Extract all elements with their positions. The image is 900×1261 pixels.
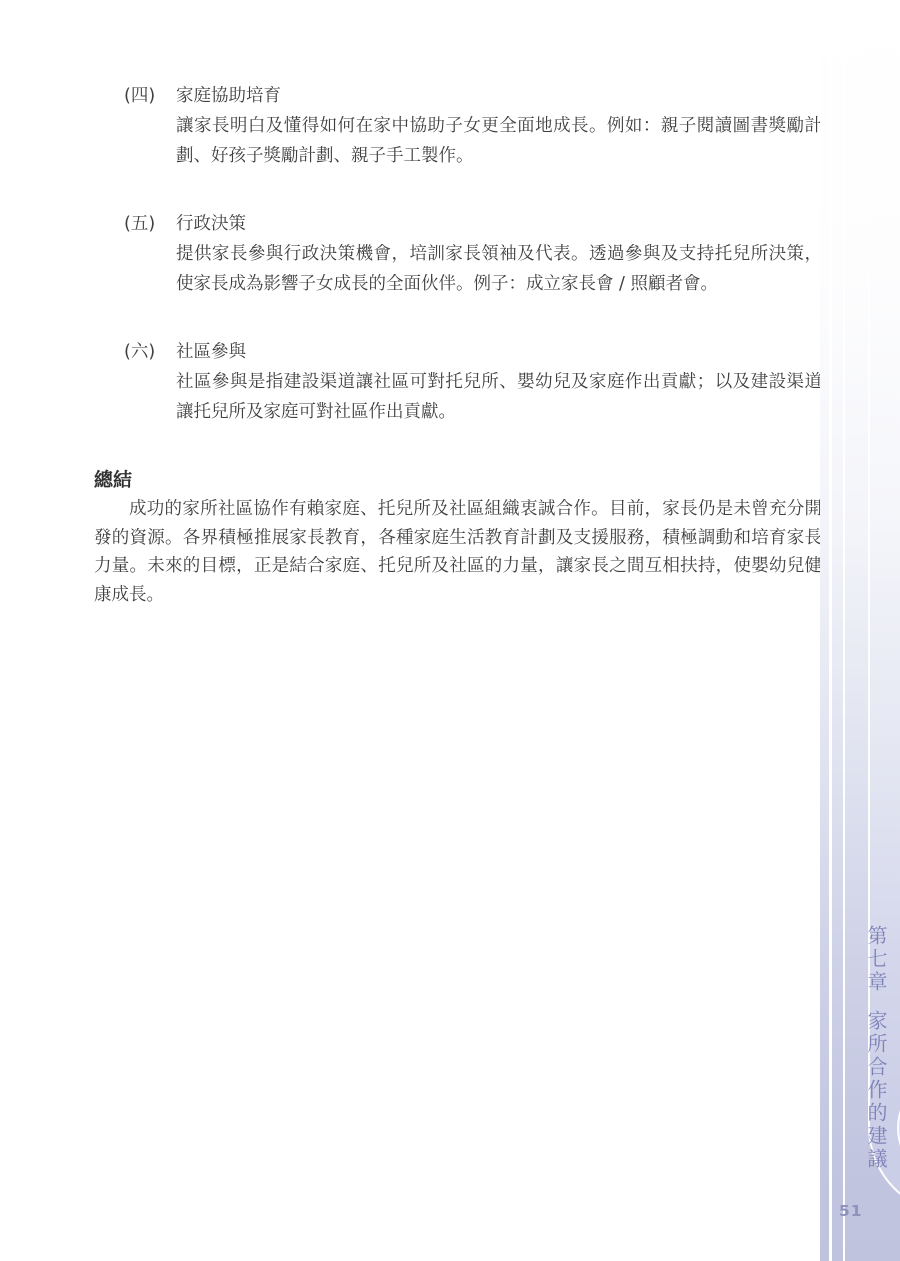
section-main: 行政決策 提供家長參與行政決策機會，培訓家長領袖及代表。透過參與及支持托兒所決策… [176, 209, 822, 299]
chapter-vertical-title: 第七章家所合作的建議 [862, 925, 891, 1171]
sidebar-stripe-mid [832, 0, 843, 1261]
section-admin-decision: (五) 行政決策 提供家長參與行政決策機會，培訓家長領袖及代表。透過參與及支持托… [124, 209, 822, 299]
section-main: 家庭協助培育 讓家長明白及懂得如何在家中協助子女更全面地成長。例如：親子閱讀圖書… [176, 81, 822, 171]
section-family-support: (四) 家庭協助培育 讓家長明白及懂得如何在家中協助子女更全面地成長。例如：親子… [124, 81, 822, 171]
section-main: 社區參與 社區參與是指建設渠道讓社區可對托兒所、嬰幼兒及家庭作出貢獻；以及建設渠… [176, 337, 822, 427]
chapter-title: 家所合作的建議 [864, 1010, 888, 1171]
section-title: 行政決策 [176, 209, 822, 239]
section-title: 社區參與 [176, 337, 822, 367]
section-label: (六) [124, 337, 176, 427]
page-content: (四) 家庭協助培育 讓家長明白及懂得如何在家中協助子女更全面地成長。例如：親子… [0, 0, 822, 609]
summary-heading: 總結 [94, 465, 822, 495]
chapter-number: 第七章 [864, 925, 888, 994]
section-body: 社區參與是指建設渠道讓社區可對托兒所、嬰幼兒及家庭作出貢獻；以及建設渠道讓托兒所… [176, 367, 822, 427]
section-body: 讓家長明白及懂得如何在家中協助子女更全面地成長。例如：親子閱讀圖書獎勵計劃、好孩… [176, 111, 822, 171]
chapter-sidebar: 第七章家所合作的建議 51 [820, 0, 900, 1261]
section-label: (五) [124, 209, 176, 299]
section-label: (四) [124, 81, 176, 171]
section-community-participation: (六) 社區參與 社區參與是指建設渠道讓社區可對托兒所、嬰幼兒及家庭作出貢獻；以… [124, 337, 822, 427]
sidebar-stripe-thin [820, 0, 829, 1261]
section-body: 提供家長參與行政決策機會，培訓家長領袖及代表。透過參與及支持托兒所決策，使家長成… [176, 239, 822, 299]
summary-paragraph: 成功的家所社區協作有賴家庭、托兒所及社區組織衷誠合作。目前，家長仍是未曾充分開發… [94, 495, 822, 609]
section-title: 家庭協助培育 [176, 81, 822, 111]
page-number: 51 [839, 1202, 863, 1220]
